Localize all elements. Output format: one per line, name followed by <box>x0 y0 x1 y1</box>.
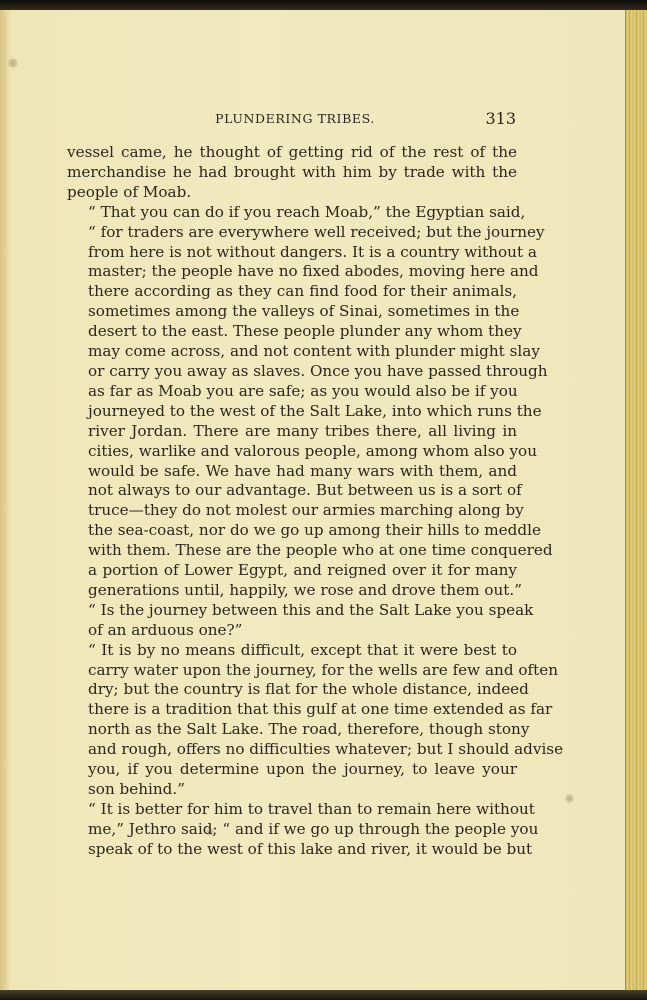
scanned-book-page: PLUNDERING TRIBES. 313 vessel came, he t… <box>0 0 647 1000</box>
text-line: north as the Salt Lake. The road, theref… <box>67 720 517 740</box>
text-line: river Jordan. There are many tribes ther… <box>67 422 517 442</box>
body-text: vessel came, he thought of getting rid o… <box>67 143 517 860</box>
text-line: “ It is by no means difficult, except th… <box>67 641 517 661</box>
text-line: “ Is the journey between this and the Sa… <box>67 601 517 621</box>
page-number: 313 <box>485 109 516 128</box>
text-line: generations until, happily, we rose and … <box>67 581 517 601</box>
text-line: people of Moab. <box>67 183 517 203</box>
text-line: journeyed to the west of the Salt Lake, … <box>67 402 517 422</box>
text-line: the sea-coast, nor do we go up among the… <box>67 521 517 541</box>
bottom-binding-shadow <box>0 990 647 1000</box>
paragraph: “ It is better for him to travel than to… <box>67 800 517 860</box>
paragraph: “ It is by no means difficult, except th… <box>67 641 517 800</box>
text-line: with them. These are the people who at o… <box>67 541 517 561</box>
text-line: truce—they do not molest our armies marc… <box>67 501 517 521</box>
running-title: PLUNDERING TRIBES. <box>67 111 517 126</box>
text-line: carry water upon the journey, for the we… <box>67 661 517 681</box>
text-line: son behind.” <box>67 780 517 800</box>
text-line: there according as they can find food fo… <box>67 282 517 302</box>
foxing-spot <box>565 794 574 803</box>
text-line: would be safe. We have had many wars wit… <box>67 462 517 482</box>
text-line: there is a tradition that this gulf at o… <box>67 700 517 720</box>
text-line: speak of to the west of this lake and ri… <box>67 840 517 860</box>
paragraph: vessel came, he thought of getting rid o… <box>67 143 517 203</box>
text-line: a portion of Lower Egypt, and reigned ov… <box>67 561 517 581</box>
text-line: dry; but the country is flat for the who… <box>67 680 517 700</box>
page-paper: PLUNDERING TRIBES. 313 vessel came, he t… <box>0 10 628 992</box>
foxing-spot <box>8 58 18 68</box>
gilt-fore-edge <box>625 10 647 996</box>
page-gutter <box>0 10 10 992</box>
text-line: merchandise he had brought with him by t… <box>67 163 517 183</box>
paragraph: “ That you can do if you reach Moab,” th… <box>67 203 517 601</box>
text-line: or carry you away as slaves. Once you ha… <box>67 362 517 382</box>
text-line: cities, warlike and valorous people, amo… <box>67 442 517 462</box>
text-line: not always to our advantage. But between… <box>67 481 517 501</box>
text-line: desert to the east. These people plunder… <box>67 322 517 342</box>
text-line: “ for traders are everywhere well receiv… <box>67 223 517 243</box>
text-line: as far as Moab you are safe; as you woul… <box>67 382 517 402</box>
text-line: “ That you can do if you reach Moab,” th… <box>67 203 517 223</box>
text-line: of an arduous one?” <box>67 621 517 641</box>
text-line: you, if you determine upon the journey, … <box>67 760 517 780</box>
text-line: master; the people have no fixed abodes,… <box>67 262 517 282</box>
text-line: vessel came, he thought of getting rid o… <box>67 143 517 163</box>
text-line: and rough, offers no difficulties whatev… <box>67 740 517 760</box>
text-line: me,” Jethro said; “ and if we go up thro… <box>67 820 517 840</box>
text-line: may come across, and not content with pl… <box>67 342 517 362</box>
text-line: from here is not without dangers. It is … <box>67 243 517 263</box>
running-head: PLUNDERING TRIBES. 313 <box>67 111 517 131</box>
text-line: “ It is better for him to travel than to… <box>67 800 517 820</box>
paragraph: “ Is the journey between this and the Sa… <box>67 601 517 641</box>
text-line: sometimes among the valleys of Sinai, so… <box>67 302 517 322</box>
